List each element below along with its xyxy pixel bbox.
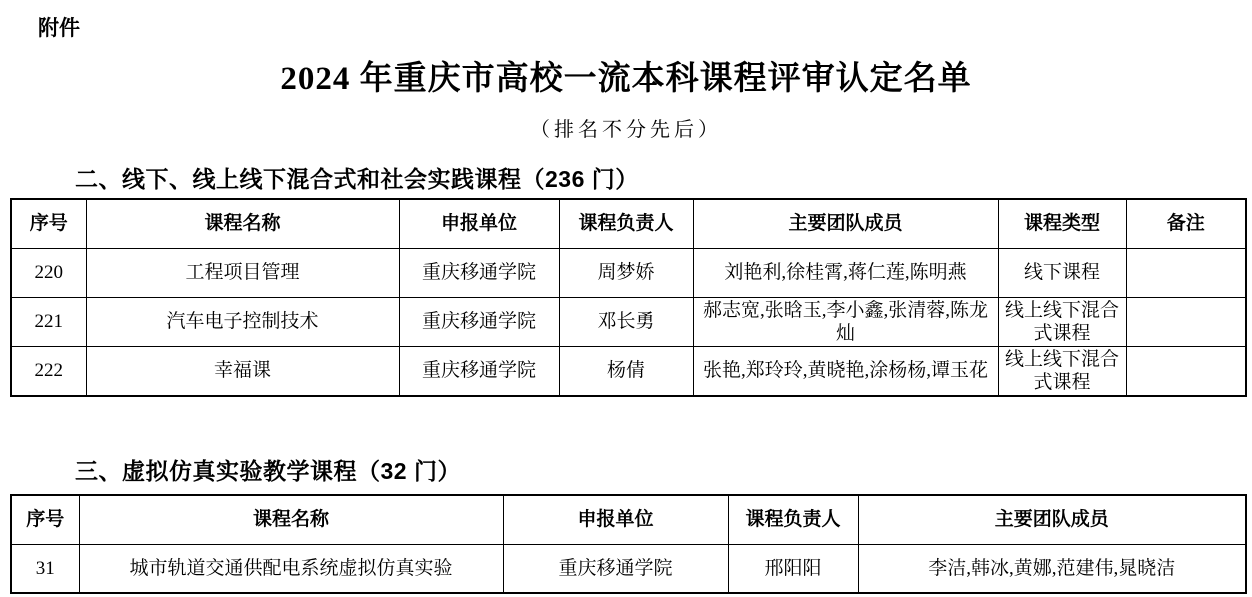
column-header-course-name: 课程名称 (86, 199, 399, 248)
table-header-row: 序号 课程名称 申报单位 课程负责人 主要团队成员 课程类型 备注 (11, 199, 1246, 248)
page-subtitle: （排名不分先后） (0, 113, 1252, 142)
section-heading-offline-blended-courses: 二、线下、线上线下混合式和社会实践课程（236 门） (75, 161, 639, 194)
cell-remarks (1126, 297, 1246, 346)
cell-course-leader: 杨倩 (559, 346, 693, 396)
cell-course-leader: 邓长勇 (559, 297, 693, 346)
column-header-seq: 序号 (11, 495, 79, 544)
cell-team-members: 郝志宽,张晗玉,李小鑫,张清蓉,陈龙灿 (693, 297, 998, 346)
cell-applicant-unit: 重庆移通学院 (399, 248, 559, 297)
cell-team-members: 刘艳利,徐桂霄,蒋仁莲,陈明燕 (693, 248, 998, 297)
column-header-team-members: 主要团队成员 (693, 199, 998, 248)
table-row: 31 城市轨道交通供配电系统虚拟仿真实验 重庆移通学院 邢阳阳 李洁,韩冰,黄娜… (11, 544, 1246, 593)
cell-course-type: 线下课程 (998, 248, 1126, 297)
cell-course-name: 幸福课 (86, 346, 399, 396)
cell-course-name: 工程项目管理 (86, 248, 399, 297)
table-row: 220 工程项目管理 重庆移通学院 周梦娇 刘艳利,徐桂霄,蒋仁莲,陈明燕 线下… (11, 248, 1246, 297)
column-header-applicant-unit: 申报单位 (503, 495, 728, 544)
cell-course-type: 线上线下混合式课程 (998, 346, 1126, 396)
attachment-label: 附件 (38, 12, 80, 42)
column-header-applicant-unit: 申报单位 (399, 199, 559, 248)
column-header-remarks: 备注 (1126, 199, 1246, 248)
cell-applicant-unit: 重庆移通学院 (503, 544, 728, 593)
column-header-course-name: 课程名称 (79, 495, 503, 544)
cell-course-leader: 周梦娇 (559, 248, 693, 297)
section-heading-virtual-simulation-courses: 三、虚拟仿真实验教学课程（32 门） (75, 453, 461, 486)
cell-seq: 220 (11, 248, 86, 297)
table-row: 222 幸福课 重庆移通学院 杨倩 张艳,郑玲玲,黄晓艳,涂杨杨,谭玉花 线上线… (11, 346, 1246, 396)
cell-seq: 221 (11, 297, 86, 346)
cell-course-name: 城市轨道交通供配电系统虚拟仿真实验 (79, 544, 503, 593)
column-header-course-leader: 课程负责人 (559, 199, 693, 248)
cell-seq: 222 (11, 346, 86, 396)
cell-course-name: 汽车电子控制技术 (86, 297, 399, 346)
table-header-row: 序号 课程名称 申报单位 课程负责人 主要团队成员 (11, 495, 1246, 544)
cell-remarks (1126, 248, 1246, 297)
cell-remarks (1126, 346, 1246, 396)
column-header-course-type: 课程类型 (998, 199, 1126, 248)
table-row: 221 汽车电子控制技术 重庆移通学院 邓长勇 郝志宽,张晗玉,李小鑫,张清蓉,… (11, 297, 1246, 346)
page-title: 2024 年重庆市高校一流本科课程评审认定名单 (0, 52, 1252, 99)
column-header-seq: 序号 (11, 199, 86, 248)
virtual-simulation-courses-table: 序号 课程名称 申报单位 课程负责人 主要团队成员 31 城市轨道交通供配电系统… (10, 494, 1247, 594)
cell-seq: 31 (11, 544, 79, 593)
column-header-team-members: 主要团队成员 (858, 495, 1246, 544)
cell-applicant-unit: 重庆移通学院 (399, 346, 559, 396)
cell-course-type: 线上线下混合式课程 (998, 297, 1126, 346)
cell-team-members: 李洁,韩冰,黄娜,范建伟,晁晓洁 (858, 544, 1246, 593)
cell-course-leader: 邢阳阳 (728, 544, 858, 593)
cell-team-members: 张艳,郑玲玲,黄晓艳,涂杨杨,谭玉花 (693, 346, 998, 396)
cell-applicant-unit: 重庆移通学院 (399, 297, 559, 346)
offline-blended-courses-table: 序号 课程名称 申报单位 课程负责人 主要团队成员 课程类型 备注 220 工程… (10, 198, 1247, 397)
column-header-course-leader: 课程负责人 (728, 495, 858, 544)
